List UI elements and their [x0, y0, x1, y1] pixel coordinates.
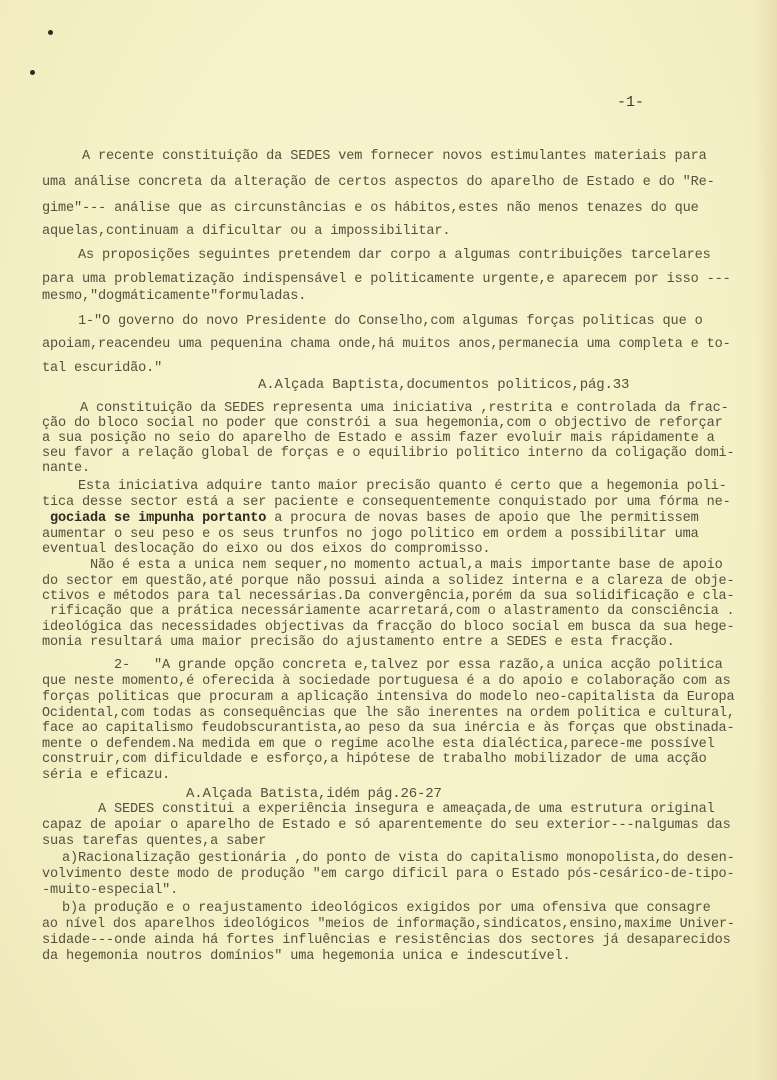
text-line: ideológica das necessidades objectivas d…: [42, 620, 734, 635]
page-number: -1-: [617, 94, 644, 111]
text-line: forças politicas que procuram a aplicaçã…: [42, 690, 734, 705]
text-line: ctivos e métodos para tal necessárias.Da…: [42, 589, 734, 604]
text-line: face ao capitalismo feudobscurantista,ao…: [42, 721, 734, 736]
text-line: eventual deslocação do eixo ou dos eixos…: [42, 542, 490, 557]
text-line: construir,com dificuldade e esforço,a hi…: [42, 752, 707, 767]
text-line: a)Racionalização gestionária ,do ponto d…: [62, 851, 735, 866]
citation-line: A.Alçada Batista,idém pág.26-27: [186, 786, 442, 802]
text-line: A recente constituição da SEDES vem forn…: [82, 149, 707, 164]
text-line: 2- "A grande opção concreta e,talvez por…: [114, 658, 723, 673]
text-line: b)a produção e o reajustamento ideológic…: [62, 901, 711, 916]
text-line: tal escuridão.": [42, 361, 162, 376]
text-line: rificação que a prática necessáriamente …: [50, 604, 735, 619]
text-line: ção do bloco social no poder que constró…: [42, 416, 723, 431]
text-line: 1-"O governo do novo Presidente do Conse…: [78, 314, 703, 329]
text-line: seu favor a relação global de forças e o…: [42, 446, 734, 461]
ink-speck: [30, 70, 35, 75]
text-line: Ocidental,com todas as consequências que…: [42, 706, 735, 721]
text-line: ao nível dos aparelhos ideológicos "meio…: [42, 917, 735, 932]
overtyped-correction: gociada se impunha portanto: [50, 511, 266, 526]
text-line: -muito-especial".: [42, 883, 178, 898]
text-line: A constituição da SEDES representa uma i…: [80, 401, 729, 416]
text-line: suas tarefas quentes,a saber: [42, 834, 266, 849]
text-line: mesmo,"dogmáticamente"formuladas.: [42, 289, 306, 304]
text-line: mente o defendem.Na medida em que o regi…: [42, 737, 715, 752]
text-line: monia resultará uma maior precisão do aj…: [42, 635, 675, 650]
text-line: uma análise concreta da alteração de cer…: [42, 175, 715, 190]
text-line: As proposições seguintes pretendem dar c…: [78, 248, 711, 263]
text-line: Esta iniciativa adquire tanto maior prec…: [78, 479, 727, 494]
text-line: da hegemonia noutros domínios" uma hegem…: [42, 949, 571, 964]
text-line: volvimento deste modo de produção "em ca…: [42, 867, 734, 882]
text-line: a sua posição no seio do aparelho de Est…: [42, 431, 715, 446]
text-line: nante.: [42, 461, 90, 476]
text-line: séria e eficazu.: [42, 768, 170, 783]
text-line: gime"--- análise que as circunstâncias e…: [42, 201, 699, 216]
citation-line: A.Alçada Baptista,documentos politicos,p…: [258, 377, 629, 393]
text-line: para uma problematização indispensável e…: [42, 272, 731, 287]
text-line: sidade---onde ainda há fortes influência…: [42, 933, 731, 948]
ink-speck: [48, 30, 53, 35]
text-line: aquelas,continuam a dificultar ou a impo…: [42, 224, 450, 239]
text-line: capaz de apoiar o aparelho de Estado e s…: [42, 818, 731, 833]
text-line: do sector em questão,até porque não poss…: [42, 574, 734, 589]
scanned-page: -1- A recente constituição da SEDES vem …: [0, 0, 777, 1080]
text-line: apoiam,reacendeu uma pequenina chama ond…: [42, 337, 731, 352]
text-line: gociada se impunha portanto a procura de…: [50, 511, 699, 526]
text-line: Não é esta a unica nem sequer,no momento…: [90, 558, 723, 573]
text-line: aumentar o seu peso e os seus trunfos no…: [42, 527, 699, 542]
text-line: A SEDES constitui a experiência insegura…: [98, 802, 715, 817]
text-line: tica desse sector está a ser paciente e …: [42, 495, 731, 510]
page-edge-shadow: [755, 0, 777, 1080]
text-line: que neste momento,é oferecida à sociedad…: [42, 674, 731, 689]
